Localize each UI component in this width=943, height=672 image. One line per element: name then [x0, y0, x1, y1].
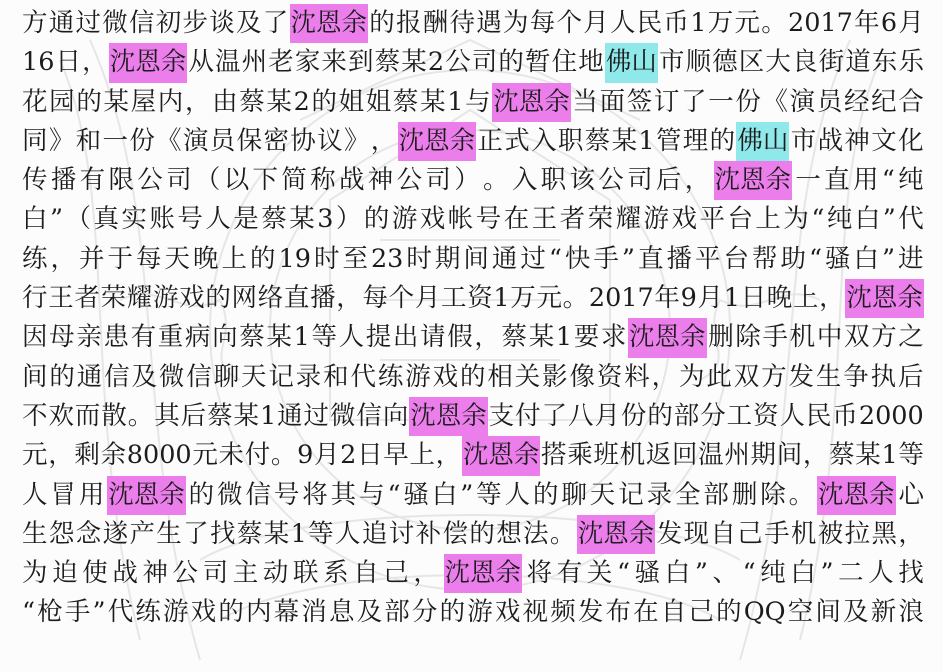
text-line: 生怨念遂产生了找蔡某1等人追讨补偿的想法。沈恩余发现自己手机被拉黑，: [22, 515, 924, 554]
text-glyph: 返: [646, 436, 672, 475]
text-glyph: 向: [383, 397, 409, 436]
text-glyph: 亲: [76, 318, 102, 357]
text-glyph: 入: [531, 122, 557, 161]
text-glyph: 住: [552, 43, 578, 82]
text-glyph: 乘: [567, 436, 593, 475]
text-glyph: 白: [853, 240, 879, 279]
text-glyph: 民: [806, 397, 832, 436]
text-glyph: 自: [710, 515, 736, 554]
text-glyph: 等: [311, 318, 337, 357]
text-glyph: 元: [22, 436, 48, 475]
highlight-person-name: 沈恩余: [290, 4, 369, 43]
text-glyph: 正: [477, 122, 503, 161]
text-glyph: 公: [173, 554, 199, 593]
text-glyph: 9: [681, 279, 697, 318]
text-glyph: 戏: [179, 279, 205, 318]
text-glyph: 要: [574, 318, 600, 357]
text-glyph: 蔡: [239, 318, 265, 357]
text-line: 因母亲患有重病向蔡某1等人提出请假，蔡某1要求沈恩余删除手机中双方之: [22, 318, 924, 357]
text-glyph: 怨: [49, 515, 75, 554]
text-glyph: 关: [587, 554, 613, 593]
text-glyph: 由: [212, 83, 238, 122]
text-glyph: 市: [791, 122, 817, 161]
text-glyph: 司: [203, 554, 229, 593]
text-glyph: 神: [368, 161, 394, 200]
text-glyph: 母: [49, 318, 75, 357]
text-glyph: 练: [22, 240, 48, 279]
text-glyph: 的: [311, 83, 337, 122]
text-glyph: ，: [803, 436, 829, 475]
text-glyph: 至: [342, 240, 368, 279]
text-glyph: 白: [790, 554, 816, 593]
text-glyph: 双: [844, 318, 870, 357]
text-glyph: 游: [405, 358, 431, 397]
text-glyph: 等: [476, 476, 502, 515]
text-glyph: 某: [529, 318, 555, 357]
text-glyph: 手: [763, 318, 789, 357]
text-glyph: 。: [789, 476, 815, 515]
text-glyph: 从: [188, 43, 214, 82]
text-glyph: 直: [638, 240, 664, 279]
text-glyph: 冒: [50, 476, 76, 515]
text-glyph: 其: [331, 476, 357, 515]
text-glyph: 己: [737, 515, 763, 554]
text-glyph: 代: [898, 200, 924, 239]
text-glyph: 微: [330, 397, 356, 436]
text-glyph: 某: [289, 200, 315, 239]
text-glyph: 晚: [767, 279, 793, 318]
text-glyph: 。: [563, 279, 589, 318]
text-glyph: 了: [542, 397, 568, 436]
text-glyph: 删: [732, 476, 758, 515]
text-glyph: 付: [515, 397, 541, 436]
text-glyph: 6: [881, 4, 897, 43]
text-glyph: 州: [242, 43, 268, 82]
text-glyph: 散: [101, 397, 127, 436]
text-glyph: 期: [751, 436, 777, 475]
text-glyph: 谈: [209, 4, 235, 43]
text-glyph: 机: [791, 515, 817, 554]
text-glyph: 蔡: [585, 122, 611, 161]
text-glyph: 月: [594, 397, 620, 436]
text-glyph: ”: [50, 200, 63, 239]
text-glyph: 自: [353, 554, 379, 593]
text-glyph: “: [743, 554, 756, 593]
text-glyph: 此: [706, 358, 732, 397]
text-glyph: 帐: [448, 200, 474, 239]
text-glyph: ，: [685, 161, 711, 200]
text-glyph: 的: [364, 200, 390, 239]
text-glyph: 。: [271, 436, 297, 475]
text-glyph: 上: [409, 436, 435, 475]
text-glyph: 司: [472, 43, 498, 82]
text-glyph: 日: [56, 43, 82, 82]
text-glyph: 行: [22, 279, 48, 318]
text-glyph: 于: [108, 240, 134, 279]
text-glyph: 信: [356, 397, 382, 436]
text-glyph: 枪: [37, 593, 63, 632]
text-glyph: 信: [245, 476, 271, 515]
text-glyph: 司: [425, 161, 451, 200]
text-glyph: 微: [102, 4, 128, 43]
text-glyph: 晚: [193, 240, 219, 279]
text-glyph: 游: [153, 279, 179, 318]
text-glyph: 的: [498, 43, 524, 82]
text-glyph: 花: [22, 83, 48, 122]
text-glyph: 台: [723, 240, 749, 279]
text-glyph: 真: [93, 200, 119, 239]
text-glyph: 《: [156, 122, 182, 161]
text-glyph: 通: [49, 4, 75, 43]
highlight-person-name: 沈恩余: [845, 279, 924, 318]
text-glyph: 日: [741, 279, 767, 318]
text-glyph: 部: [703, 476, 729, 515]
text-glyph: 播: [310, 279, 336, 318]
text-glyph: 联: [293, 554, 319, 593]
text-glyph: 及: [357, 593, 383, 632]
text-glyph: 平: [699, 200, 725, 239]
text-glyph: 元: [192, 436, 218, 475]
text-glyph: 蔡: [237, 515, 263, 554]
text-glyph: 其: [154, 397, 180, 436]
text-glyph: 上: [793, 279, 819, 318]
text-glyph: 蔡: [393, 83, 419, 122]
text-glyph: 通: [277, 397, 303, 436]
text-glyph: 在: [504, 200, 530, 239]
text-glyph: 》: [344, 122, 370, 161]
text-glyph: 班: [593, 436, 619, 475]
text-glyph: 号: [274, 476, 300, 515]
text-glyph: 月: [314, 436, 340, 475]
text-glyph: 间: [463, 240, 489, 279]
text-glyph: 限: [108, 161, 134, 200]
text-glyph: 月: [415, 279, 441, 318]
text-glyph: 网: [232, 279, 258, 318]
text-glyph: 一: [795, 161, 821, 200]
text-glyph: 不: [22, 397, 48, 436]
text-glyph: 式: [504, 122, 530, 161]
text-glyph: 的: [250, 240, 276, 279]
text-glyph: 上: [755, 200, 781, 239]
text-glyph: 出: [393, 318, 419, 357]
text-glyph: 温: [215, 43, 241, 82]
text-glyph: 等: [308, 515, 334, 554]
text-glyph: 争: [843, 358, 869, 397]
text-glyph: 2: [340, 436, 356, 475]
text-glyph: 是: [233, 200, 259, 239]
text-glyph: 8000: [127, 436, 192, 475]
text-glyph: ”: [695, 554, 708, 593]
text-glyph: 快: [565, 240, 591, 279]
text-glyph: 理: [683, 122, 709, 161]
text-glyph: 产: [129, 515, 155, 554]
text-glyph: 在: [633, 593, 659, 632]
text-glyph: 戏: [495, 593, 521, 632]
text-glyph: 每: [530, 4, 556, 43]
text-glyph: 市: [659, 43, 685, 82]
text-glyph: 者: [74, 279, 100, 318]
text-glyph: 生: [816, 358, 842, 397]
text-glyph: 的: [76, 83, 102, 122]
highlight-place-name: 佛山: [605, 43, 658, 82]
text-glyph: 内: [158, 83, 184, 122]
text-glyph: 民: [637, 4, 663, 43]
text-glyph: ，: [371, 122, 397, 161]
text-glyph: 某: [401, 43, 427, 82]
text-glyph: 个: [557, 4, 583, 43]
text-glyph: 全: [675, 476, 701, 515]
text-glyph: 平: [695, 240, 721, 279]
text-glyph: 而: [75, 397, 101, 436]
text-glyph: 屋: [131, 83, 157, 122]
text-glyph: 化: [898, 122, 924, 161]
text-glyph: 机: [620, 436, 646, 475]
text-glyph: ，: [652, 358, 678, 397]
text-line: 白”（真实账号人是蔡某3）的游戏帐号在王者荣耀游戏平台上为“纯白”代: [22, 200, 924, 239]
highlight-person-name: 沈恩余: [628, 318, 707, 357]
text-glyph: 司: [627, 161, 653, 200]
text-glyph: 代: [108, 593, 134, 632]
text-glyph: 早: [383, 436, 409, 475]
text-glyph: 补: [416, 515, 442, 554]
text-glyph: 络: [258, 279, 284, 318]
text-glyph: ，: [819, 279, 845, 318]
text-glyph: 公: [598, 161, 624, 200]
text-line: 间的通信及微信聊天记录和代练游戏的相关影像资料，为此双方发生争执后: [22, 358, 924, 397]
text-glyph: 神: [142, 554, 168, 593]
text-glyph: 某: [266, 83, 292, 122]
text-glyph: 月: [898, 4, 924, 43]
text-line: 16日，沈恩余从温州老家来到蔡某2公司的暂住地佛山市顺德区大良街道东乐: [22, 43, 924, 82]
text-glyph: 直: [824, 161, 850, 200]
text-glyph: 消: [301, 593, 327, 632]
text-glyph: 王: [532, 200, 558, 239]
text-glyph: 信: [104, 358, 130, 397]
text-glyph: 战: [339, 161, 365, 200]
text-glyph: 经: [844, 83, 870, 122]
text-glyph: 某: [612, 122, 638, 161]
text-glyph: 发: [657, 515, 683, 554]
text-glyph: 通: [492, 240, 518, 279]
text-glyph: 记: [268, 358, 294, 397]
text-glyph: 了: [183, 515, 209, 554]
text-glyph: 为: [679, 358, 705, 397]
text-glyph: 以: [224, 161, 250, 200]
text-glyph: 料: [624, 358, 650, 397]
text-glyph: 人: [610, 4, 636, 43]
text-glyph: 个: [389, 279, 415, 318]
text-glyph: 帮: [752, 240, 778, 279]
text-glyph: 天: [590, 476, 616, 515]
text-glyph: 者: [560, 200, 586, 239]
text-glyph: 某: [103, 83, 129, 122]
text-glyph: 了: [681, 83, 707, 122]
text-glyph: 。: [550, 515, 576, 554]
text-glyph: 东: [872, 43, 898, 82]
highlight-person-name: 沈恩余: [444, 554, 523, 593]
text-glyph: 的: [49, 358, 75, 397]
text-glyph: 回: [672, 436, 698, 475]
text-glyph: 订: [654, 83, 680, 122]
text-glyph: 乐: [898, 43, 924, 82]
text-glyph: 为: [503, 4, 529, 43]
text-glyph: 发: [789, 358, 815, 397]
text-glyph: 黑: [872, 515, 898, 554]
text-glyph: 生: [22, 515, 48, 554]
text-glyph: 方: [871, 318, 897, 357]
text-glyph: 协: [290, 122, 316, 161]
text-glyph: ，: [898, 515, 924, 554]
text-glyph: 面: [600, 83, 626, 122]
text-glyph: 州: [724, 436, 750, 475]
text-glyph: 遂: [103, 515, 129, 554]
text-glyph: 纯: [760, 554, 786, 593]
text-glyph: 暂: [525, 43, 551, 82]
text-glyph: （: [65, 200, 91, 239]
highlight-person-name: 沈恩余: [462, 436, 541, 475]
text-glyph: 浪: [898, 593, 924, 632]
text-glyph: 播: [51, 161, 77, 200]
text-glyph: 姐: [339, 83, 365, 122]
text-glyph: 使: [82, 554, 108, 593]
text-glyph: 合: [898, 83, 924, 122]
text-glyph: 手: [593, 240, 619, 279]
text-glyph: 份: [621, 397, 647, 436]
text-glyph: 为: [22, 554, 48, 593]
text-glyph: 荣: [588, 200, 614, 239]
text-glyph: 同: [22, 122, 48, 161]
text-glyph: ，: [474, 318, 500, 357]
text-glyph: “: [22, 593, 35, 632]
text-glyph: ”: [460, 476, 473, 515]
text-glyph: 白: [855, 200, 881, 239]
text-glyph: 信: [186, 358, 212, 397]
text-glyph: 一: [102, 122, 128, 161]
text-glyph: 王: [48, 279, 74, 318]
text-glyph: 资: [467, 279, 493, 318]
text-glyph: 支: [489, 397, 515, 436]
text-glyph: 战: [818, 122, 844, 161]
text-glyph: 并: [79, 240, 105, 279]
text-glyph: 及: [132, 358, 158, 397]
text-line: 练，并于每天晚上的19时至23时期间通过“快手”直播平台帮助“骚白”进: [22, 240, 924, 279]
text-glyph: 当: [572, 83, 598, 122]
text-glyph: 。: [128, 397, 154, 436]
text-glyph: 工: [441, 279, 467, 318]
text-glyph: 德: [712, 43, 738, 82]
highlight-person-name: 沈恩余: [714, 161, 793, 200]
text-glyph: 提: [366, 318, 392, 357]
text-glyph: 资: [597, 358, 623, 397]
text-glyph: 下: [253, 161, 279, 200]
highlight-person-name: 沈恩余: [817, 476, 896, 515]
text-glyph: 找: [210, 515, 236, 554]
text-glyph: 有: [131, 318, 157, 357]
text-glyph: 年: [654, 279, 680, 318]
text-glyph: 1: [556, 318, 572, 357]
text-glyph: 该: [569, 161, 595, 200]
text-glyph: 一: [708, 83, 734, 122]
text-glyph: 月: [698, 279, 724, 318]
text-glyph: 白: [22, 200, 48, 239]
text-glyph: 间: [777, 436, 803, 475]
text-line: 同》和一份《演员保密协议》，沈恩余正式入职蔡某1管理的佛山市战神文化: [22, 122, 924, 161]
text-glyph: 道: [845, 43, 871, 82]
text-glyph: 内: [246, 593, 272, 632]
text-glyph: 患: [103, 318, 129, 357]
text-glyph: 机: [790, 318, 816, 357]
text-line: 行王者荣耀游戏的网络直播，每个月工资1万元。2017年9月1日晚上，沈恩余: [22, 279, 924, 318]
text-glyph: 被: [818, 515, 844, 554]
text-line: 传播有限公司（以下简称战神公司）。入职该公司后，沈恩余一直用“纯: [22, 161, 924, 200]
text-glyph: 人: [205, 200, 231, 239]
text-glyph: 搭: [541, 436, 567, 475]
text-glyph: 八: [568, 397, 594, 436]
text-glyph: 骚: [403, 476, 429, 515]
text-glyph: 及: [236, 4, 262, 43]
text-glyph: 台: [727, 200, 753, 239]
highlight-person-name: 沈恩余: [109, 43, 188, 82]
text-glyph: 己: [688, 593, 714, 632]
text-glyph: 关: [515, 358, 541, 397]
text-glyph: 录: [296, 358, 322, 397]
text-glyph: 骚: [635, 554, 661, 593]
text-glyph: 的: [440, 593, 466, 632]
text-glyph: 后: [656, 161, 682, 200]
text-glyph: 2000: [859, 397, 924, 436]
text-glyph: 聊: [561, 476, 587, 515]
text-glyph: 与: [359, 476, 385, 515]
text-glyph: 简: [281, 161, 307, 200]
text-glyph: ”: [622, 240, 635, 279]
text-glyph: 。: [761, 4, 787, 43]
text-glyph: 系: [323, 554, 349, 593]
text-glyph: “: [809, 240, 822, 279]
text-glyph: 园: [49, 83, 75, 122]
text-glyph: 部: [674, 397, 700, 436]
text-glyph: 家: [295, 43, 321, 82]
text-glyph: 16: [22, 43, 54, 82]
highlight-person-name: 沈恩余: [492, 83, 571, 122]
text-glyph: 双: [734, 358, 760, 397]
text-glyph: 初: [156, 4, 182, 43]
text-glyph: ，: [51, 240, 77, 279]
text-glyph: 某: [420, 83, 446, 122]
text-glyph: 自: [661, 593, 687, 632]
text-glyph: 元: [536, 279, 562, 318]
text-glyph: 账: [149, 200, 175, 239]
text-glyph: 之: [898, 318, 924, 357]
text-glyph: 戏: [420, 200, 446, 239]
text-glyph: 演: [790, 83, 816, 122]
text-glyph: 付: [245, 436, 271, 475]
text-glyph: 2017: [589, 279, 654, 318]
text-glyph: 蔡: [207, 397, 233, 436]
text-glyph: 蔡: [239, 83, 265, 122]
text-glyph: ”: [883, 200, 896, 239]
text-glyph: 9: [297, 436, 313, 475]
document-page: 方通过微信初步谈及了沈恩余的报酬待遇为每个月人民币1万元。2017年6月16日，…: [22, 4, 924, 633]
text-glyph: 讨: [389, 515, 415, 554]
text-glyph: 有: [80, 161, 106, 200]
text-glyph: 手: [65, 593, 91, 632]
text-glyph: 游: [392, 200, 418, 239]
highlight-place-name: 佛山: [736, 122, 789, 161]
text-glyph: 空: [788, 593, 814, 632]
text-glyph: 区: [739, 43, 765, 82]
text-glyph: ，: [413, 554, 439, 593]
text-glyph: 和: [76, 122, 102, 161]
